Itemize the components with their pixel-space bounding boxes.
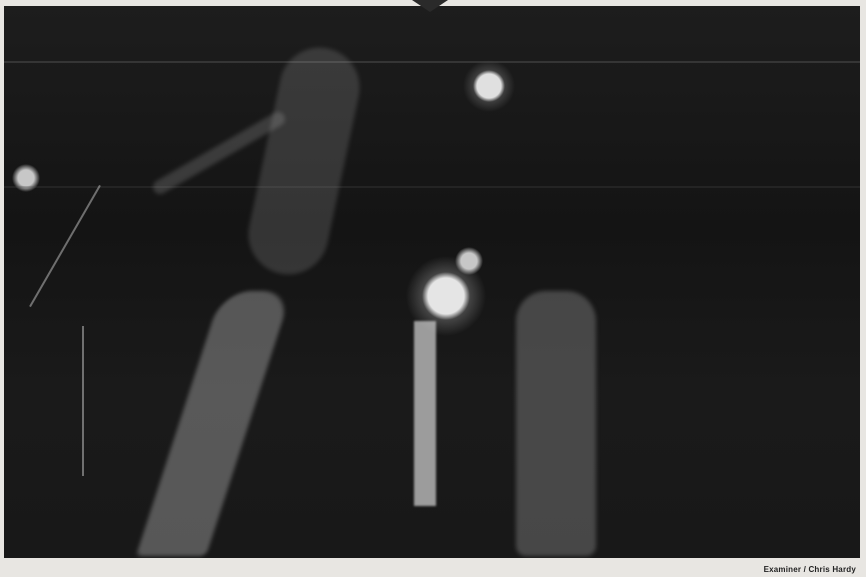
singer-leg [136,291,292,556]
photo-credit: Examiner / Chris Hardy [764,565,856,574]
scan-line [4,61,860,63]
mic-stand [414,321,436,506]
page-marker [412,0,448,12]
stand-pole [82,326,84,476]
concert-photo [4,6,860,558]
guitarist-figure [516,291,596,556]
singer-figure [241,40,367,282]
mic-boom [29,185,101,307]
scan-line [4,186,860,188]
